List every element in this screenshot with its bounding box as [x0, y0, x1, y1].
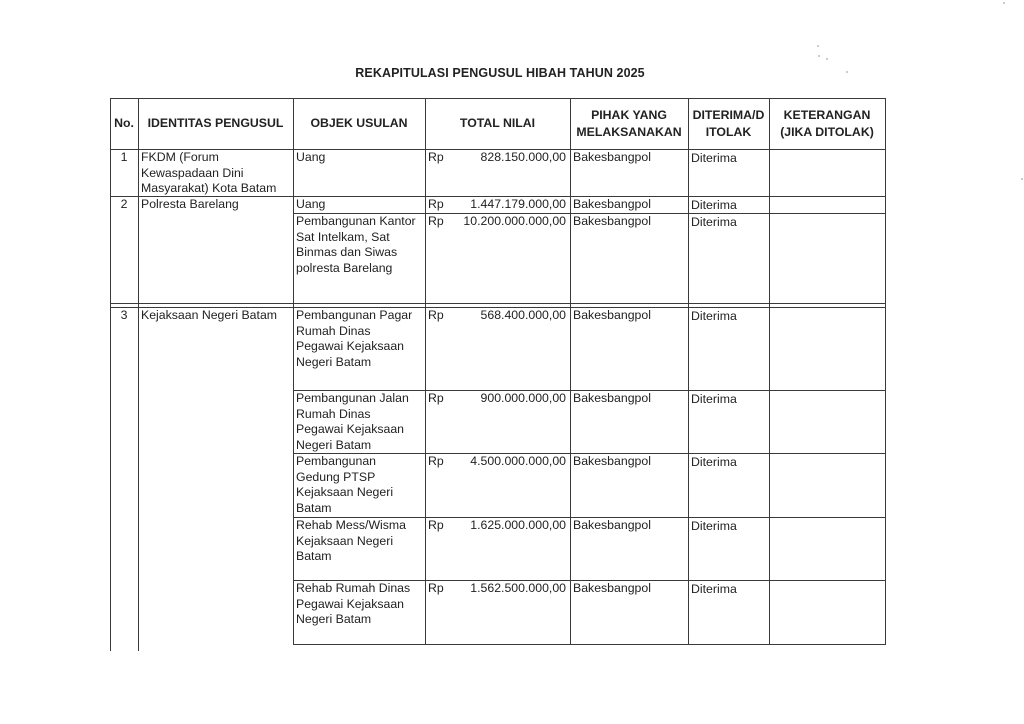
objek-usulan-line: Pembangunan Kantor [296, 214, 416, 230]
header-total-label-line: TOTAL NILAI [460, 115, 535, 132]
pihak-pelaksana: Bakesbangpol [573, 518, 651, 534]
table-rule [688, 98, 689, 645]
scan-speck [1003, 2, 1005, 4]
proposer-identity-line: Kewaspadaan Dini [141, 166, 276, 182]
proposer-identity: Polresta Barelang [141, 197, 239, 213]
objek-usulan-line: Rumah Dinas [296, 407, 409, 423]
total-nilai: 1.447.179.000,00 [445, 197, 566, 213]
proposer-identity-line: Kejaksaan Negeri Batam [141, 308, 277, 324]
pihak-pelaksana: Bakesbangpol [573, 308, 651, 324]
proposer-number: 3 [110, 308, 138, 324]
objek-usulan-line: Kejaksaan Negeri [296, 534, 406, 550]
header-pihak-label-line: PIHAK YANG [576, 107, 681, 124]
objek-usulan: Rehab Rumah DinasPegawai KejaksaanNegeri… [296, 581, 410, 628]
header-no: No. [110, 98, 138, 149]
objek-usulan-line: Gedung PTSP [296, 470, 393, 486]
scan-speck [826, 58, 828, 60]
objek-usulan-line: Pegawai Kejaksaan [296, 597, 410, 613]
recap-table: No.IDENTITAS PENGUSULOBJEK USULANTOTAL N… [0, 0, 1024, 724]
header-total: TOTAL NILAI [425, 98, 570, 149]
total-nilai: 828.150.000,00 [445, 150, 566, 166]
objek-usulan-line: Pegawai Kejaksaan [296, 339, 412, 355]
status-diterima: Diterima [691, 215, 737, 231]
header-objek: OBJEK USULAN [293, 98, 425, 149]
header-status-label-line: ITOLAK [693, 124, 765, 141]
pihak-pelaksana: Bakesbangpol [573, 454, 651, 470]
status-diterima: Diterima [691, 455, 737, 471]
table-rule [110, 98, 111, 651]
objek-usulan: Uang [296, 197, 325, 213]
currency-label: Rp [428, 150, 444, 166]
objek-usulan: Rehab Mess/WismaKejaksaan NegeriBatam [296, 518, 406, 565]
objek-usulan-line: Rumah Dinas [296, 324, 412, 340]
objek-usulan-line: Pembangunan Pagar [296, 308, 412, 324]
header-identitas-label: IDENTITAS PENGUSUL [148, 115, 284, 132]
objek-usulan-line: Negeri Batam [296, 612, 410, 628]
proposer-number: 2 [110, 197, 138, 213]
objek-usulan: Uang [296, 150, 325, 166]
total-nilai: 568.400.000,00 [445, 308, 566, 324]
header-no-label-line: No. [114, 115, 134, 132]
status-diterima: Diterima [691, 519, 737, 535]
scan-speck [817, 45, 819, 47]
pihak-pelaksana: Bakesbangpol [573, 581, 651, 597]
table-rule [293, 644, 886, 645]
table-rule [885, 98, 886, 645]
header-keterangan-label-line: (JIKA DITOLAK) [780, 124, 874, 141]
header-pihak-label-line: MELAKSANAKAN [576, 124, 681, 141]
pihak-pelaksana: Bakesbangpol [573, 391, 651, 407]
objek-usulan: PembangunanGedung PTSPKejaksaan NegeriBa… [296, 454, 393, 516]
objek-usulan: Pembangunan JalanRumah DinasPegawai Keja… [296, 391, 409, 453]
currency-label: Rp [428, 581, 444, 597]
objek-usulan-line: Binmas dan Siwas [296, 245, 416, 261]
status-diterima: Diterima [691, 392, 737, 408]
status-diterima: Diterima [691, 151, 737, 167]
table-rule [425, 98, 426, 645]
currency-label: Rp [428, 197, 444, 213]
proposer-identity-line: Masyarakat) Kota Batam [141, 181, 276, 197]
total-nilai: 1.562.500.000,00 [445, 581, 566, 597]
scan-speck [1021, 178, 1023, 180]
objek-usulan-line: Uang [296, 197, 325, 213]
currency-label: Rp [428, 518, 444, 534]
table-rule [138, 98, 139, 651]
objek-usulan: Pembangunan PagarRumah DinasPegawai Keja… [296, 308, 412, 370]
objek-usulan-line: Rehab Mess/Wisma [296, 518, 406, 534]
objek-usulan-line: Kejaksaan Negeri [296, 485, 393, 501]
currency-label: Rp [428, 454, 444, 470]
proposer-identity: FKDM (ForumKewaspadaan DiniMasyarakat) K… [141, 150, 276, 197]
scan-speck [846, 71, 848, 73]
objek-usulan-line: Negeri Batam [296, 355, 412, 371]
objek-usulan-line: Pembangunan [296, 454, 393, 470]
header-status: DITERIMA/DITOLAK [688, 98, 769, 149]
header-no-label: No. [114, 115, 134, 132]
objek-usulan-line: Negeri Batam [296, 438, 409, 454]
header-pihak: PIHAK YANGMELAKSANAKAN [570, 98, 688, 149]
objek-usulan-line: Batam [296, 549, 406, 565]
objek-usulan-line: Pegawai Kejaksaan [296, 422, 409, 438]
proposer-identity: Kejaksaan Negeri Batam [141, 308, 277, 324]
objek-usulan-line: Sat Intelkam, Sat [296, 230, 416, 246]
objek-usulan-line: polresta Barelang [296, 261, 416, 277]
pihak-pelaksana: Bakesbangpol [573, 150, 651, 166]
status-diterima: Diterima [691, 309, 737, 325]
objek-usulan-line: Pembangunan Jalan [296, 391, 409, 407]
table-rule [293, 98, 294, 645]
total-nilai: 1.625.000.000,00 [445, 518, 566, 534]
header-pihak-label: PIHAK YANGMELAKSANAKAN [576, 107, 681, 141]
objek-usulan-line: Batam [296, 501, 393, 517]
proposer-number: 1 [110, 150, 138, 166]
objek-usulan-line: Uang [296, 150, 325, 166]
table-rule [769, 98, 770, 645]
status-diterima: Diterima [691, 198, 737, 214]
header-status-label: DITERIMA/DITOLAK [693, 107, 765, 141]
currency-label: Rp [428, 214, 444, 230]
header-keterangan-label: KETERANGAN(JIKA DITOLAK) [780, 107, 874, 141]
status-diterima: Diterima [691, 582, 737, 598]
pihak-pelaksana: Bakesbangpol [573, 214, 651, 230]
header-objek-label: OBJEK USULAN [310, 115, 407, 132]
header-objek-label-line: OBJEK USULAN [310, 115, 407, 132]
total-nilai: 900.000.000,00 [445, 391, 566, 407]
proposer-identity-line: FKDM (Forum [141, 150, 276, 166]
header-identitas-label-line: IDENTITAS PENGUSUL [148, 115, 284, 132]
currency-label: Rp [428, 391, 444, 407]
header-keterangan-label-line: KETERANGAN [780, 107, 874, 124]
header-status-label-line: DITERIMA/D [693, 107, 765, 124]
header-total-label: TOTAL NILAI [460, 115, 535, 132]
total-nilai: 4.500.000.000,00 [445, 454, 566, 470]
pihak-pelaksana: Bakesbangpol [573, 197, 651, 213]
header-keterangan: KETERANGAN(JIKA DITOLAK) [769, 98, 885, 149]
table-rule [570, 98, 571, 645]
objek-usulan: Pembangunan KantorSat Intelkam, SatBinma… [296, 214, 416, 276]
objek-usulan-line: Rehab Rumah Dinas [296, 581, 410, 597]
scan-speck [818, 55, 820, 57]
header-identitas: IDENTITAS PENGUSUL [138, 98, 293, 149]
currency-label: Rp [428, 308, 444, 324]
total-nilai: 10.200.000.000,00 [445, 214, 566, 230]
proposer-identity-line: Polresta Barelang [141, 197, 239, 213]
